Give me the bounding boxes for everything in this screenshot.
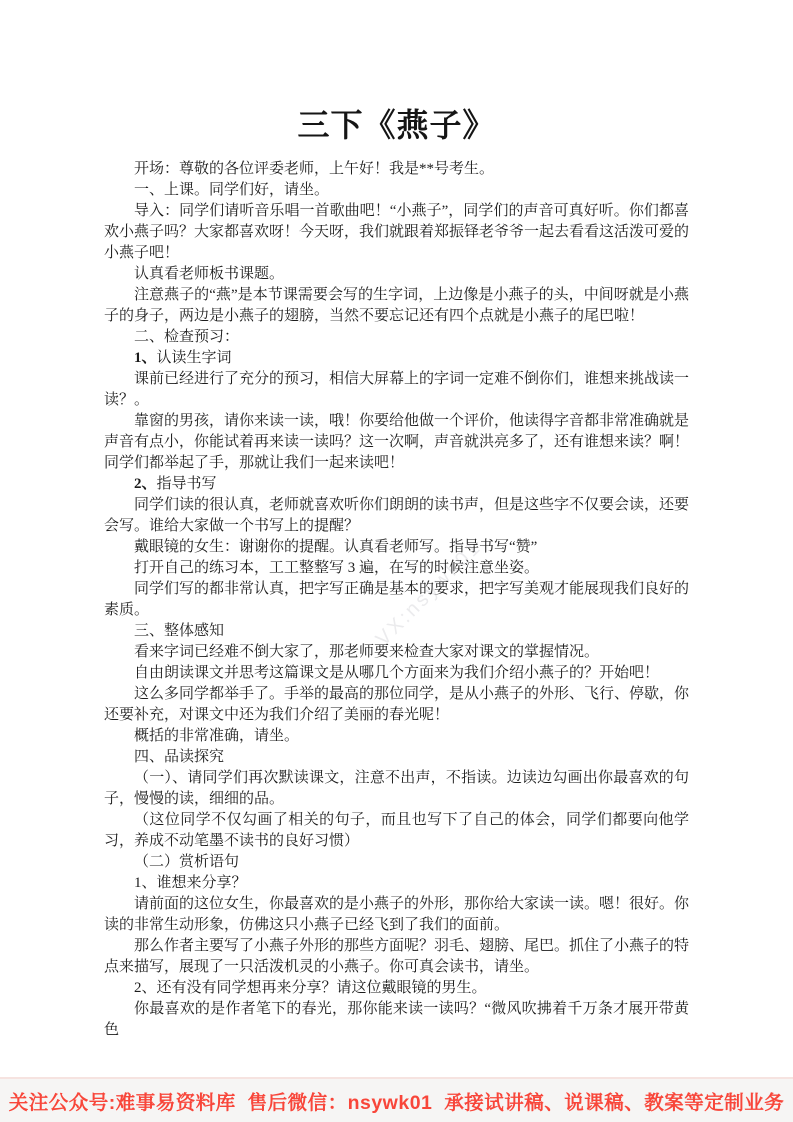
paragraph-text: 注意燕子的“燕”是本节课需要会写的生字词，上边像是小燕子的头，中间呀就是小燕子的… xyxy=(104,287,689,324)
paragraph: （这位同学不仅勾画了相关的句子，而且也写下了自己的体会，同学们都要向他学习，养成… xyxy=(104,810,689,852)
paragraph-text: 认真看老师板书课题。 xyxy=(134,266,284,282)
paragraph-text: （二）赏析语句 xyxy=(134,854,239,870)
paragraph-text: 打开自己的练习本，工工整整写 3 遍，在写的时候注意坐姿。 xyxy=(134,560,539,576)
paragraph-text: 导入：同学们请听音乐唱一首歌曲吧！“小燕子”，同学们的声音可真好听。你们都喜欢小… xyxy=(104,203,689,261)
paragraph: 注意燕子的“燕”是本节课需要会写的生字词，上边像是小燕子的头，中间呀就是小燕子的… xyxy=(104,285,689,327)
paragraph-text: 请前面的这位女生，你最喜欢的是小燕子的外形，那你给大家读一读。嗯！很好。你读的非… xyxy=(104,896,689,933)
paragraph-text: 开场：尊敬的各位评委老师，上午好！我是**号考生。 xyxy=(134,161,494,177)
paragraph: 二、检查预习： xyxy=(104,327,689,348)
paragraph: 2、还有没有同学想再来分享？请这位戴眼镜的男生。 xyxy=(104,978,689,999)
paragraph: 一、上课。同学们好，请坐。 xyxy=(104,180,689,201)
document-body: 开场：尊敬的各位评委老师，上午好！我是**号考生。一、上课。同学们好，请坐。导入… xyxy=(104,159,689,1041)
paragraph-text: （一）、请同学们再次默读课文，注意不出声，不指读。边读边勾画出你最喜欢的句子，慢… xyxy=(104,770,689,807)
paragraph-text: 2、还有没有同学想再来分享？请这位戴眼镜的男生。 xyxy=(134,980,487,996)
paragraph: 概括的非常准确，请坐。 xyxy=(104,726,689,747)
paragraph-text: 三、整体感知 xyxy=(134,623,224,639)
paragraph: （一）、请同学们再次默读课文，注意不出声，不指读。边读边勾画出你最喜欢的句子，慢… xyxy=(104,768,689,810)
paragraph: 你最喜欢的是作者笔下的春光，那你能来读一读吗？“微风吹拂着千万条才展开带黄色 xyxy=(104,999,689,1041)
paragraph-text: 同学们写的都非常认真，把字写正确是基本的要求，把字写美观才能展现我们良好的素质。 xyxy=(104,581,689,618)
footer-banner: 关注公众号:难事易资料库 售后微信：nsywk01 承接试讲稿、说课稿、教案等定… xyxy=(0,1077,793,1122)
paragraph-text: 指导书写 xyxy=(157,476,217,492)
paragraph: 那么作者主要写了小燕子外形的那些方面呢？羽毛、翅膀、尾巴。抓住了小燕子的特点来描… xyxy=(104,936,689,978)
paragraph: 打开自己的练习本，工工整整写 3 遍，在写的时候注意坐姿。 xyxy=(104,558,689,579)
paragraph: 1、认读生字词 xyxy=(104,348,689,369)
paragraph: 同学们读的很认真，老师就喜欢听你们朗朗的读书声，但是这些字不仅要会读，还要会写。… xyxy=(104,495,689,537)
paragraph: 请前面的这位女生，你最喜欢的是小燕子的外形，那你给大家读一读。嗯！很好。你读的非… xyxy=(104,894,689,936)
paragraph-text: 认读生字词 xyxy=(157,350,232,366)
paragraph-text: 二、检查预习： xyxy=(134,329,239,345)
paragraph: 认真看老师板书课题。 xyxy=(104,264,689,285)
paragraph: 靠窗的男孩，请你来读一读，哦！你要给他做一个评价，他读得字音都非常准确就是声音有… xyxy=(104,411,689,474)
paragraph-text: 你最喜欢的是作者笔下的春光，那你能来读一读吗？“微风吹拂着千万条才展开带黄色 xyxy=(104,1001,689,1038)
paragraph: 戴眼镜的女生：谢谢你的提醒。认真看老师写。指导书写“赞” xyxy=(104,537,689,558)
paragraph-text: 四、品读探究 xyxy=(134,749,224,765)
paragraph: 课前已经进行了充分的预习，相信大屏幕上的字词一定难不倒你们，谁想来挑战读一读？。 xyxy=(104,369,689,411)
paragraph: 2、指导书写 xyxy=(104,474,689,495)
paragraph: 这么多同学都举手了。手举的最高的那位同学，是从小燕子的外形、飞行、停歇，你还要补… xyxy=(104,684,689,726)
paragraph-number: 2、 xyxy=(134,476,157,492)
paragraph: 自由朗读课文并思考这篇课文是从哪几个方面来为我们介绍小燕子的？开始吧！ xyxy=(104,663,689,684)
paragraph-text: 自由朗读课文并思考这篇课文是从哪几个方面来为我们介绍小燕子的？开始吧！ xyxy=(134,665,659,681)
paragraph: 四、品读探究 xyxy=(104,747,689,768)
paragraph-text: 1、谁想来分享？ xyxy=(134,875,247,891)
document-page: 三下《燕子》 开场：尊敬的各位评委老师，上午好！我是**号考生。一、上课。同学们… xyxy=(0,0,793,1122)
paragraph: 三、整体感知 xyxy=(104,621,689,642)
document-title: 三下《燕子》 xyxy=(0,100,793,146)
paragraph-text: （这位同学不仅勾画了相关的句子，而且也写下了自己的体会，同学们都要向他学习，养成… xyxy=(104,812,689,849)
paragraph: 1、谁想来分享？ xyxy=(104,873,689,894)
paragraph-text: 一、上课。同学们好，请坐。 xyxy=(134,182,329,198)
paragraph: 同学们写的都非常认真，把字写正确是基本的要求，把字写美观才能展现我们良好的素质。 xyxy=(104,579,689,621)
paragraph: （二）赏析语句 xyxy=(104,852,689,873)
footer-text: 关注公众号:难事易资料库 售后微信：nsywk01 承接试讲稿、说课稿、教案等定… xyxy=(9,1087,784,1115)
paragraph-text: 这么多同学都举手了。手举的最高的那位同学，是从小燕子的外形、飞行、停歇，你还要补… xyxy=(104,686,689,723)
paragraph-text: 课前已经进行了充分的预习，相信大屏幕上的字词一定难不倒你们，谁想来挑战读一读？。 xyxy=(104,371,689,408)
paragraph: 导入：同学们请听音乐唱一首歌曲吧！“小燕子”，同学们的声音可真好听。你们都喜欢小… xyxy=(104,201,689,264)
paragraph-text: 看来字词已经难不倒大家了，那老师要来检查大家对课文的掌握情况。 xyxy=(134,644,599,660)
paragraph: 开场：尊敬的各位评委老师，上午好！我是**号考生。 xyxy=(104,159,689,180)
paragraph-text: 靠窗的男孩，请你来读一读，哦！你要给他做一个评价，他读得字音都非常准确就是声音有… xyxy=(104,413,689,471)
paragraph-text: 戴眼镜的女生：谢谢你的提醒。认真看老师写。指导书写“赞” xyxy=(134,539,537,555)
paragraph-text: 同学们读的很认真，老师就喜欢听你们朗朗的读书声，但是这些字不仅要会读，还要会写。… xyxy=(104,497,689,534)
paragraph-text: 概括的非常准确，请坐。 xyxy=(134,728,299,744)
paragraph-number: 1、 xyxy=(134,350,157,366)
paragraph-text: 那么作者主要写了小燕子外形的那些方面呢？羽毛、翅膀、尾巴。抓住了小燕子的特点来描… xyxy=(104,938,689,975)
paragraph: 看来字词已经难不倒大家了，那老师要来检查大家对课文的掌握情况。 xyxy=(104,642,689,663)
